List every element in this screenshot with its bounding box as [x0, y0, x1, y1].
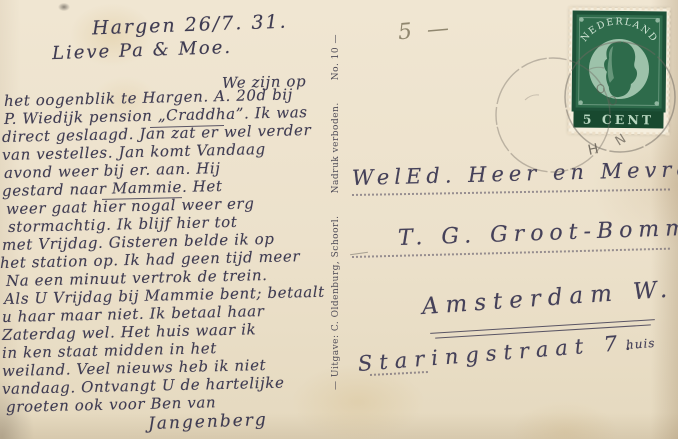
stamp-value: 5 CENT: [583, 112, 654, 128]
signature: Jangenberg: [148, 410, 268, 434]
copyright-notice: Nadruk verboden.: [331, 102, 341, 193]
divider-text: — Uitgave: C. Oldenburg, Schoorl. Nadruk…: [330, 34, 342, 390]
pencil-price-note: 5 —: [397, 16, 454, 46]
postcard: Hargen 26/7. 31. Lieve Pa & Moe. We zijn…: [0, 0, 678, 439]
card-number: No. 10 —: [331, 34, 341, 80]
house-note: huis: [626, 336, 656, 352]
publisher-credit: — Uitgave: C. Oldenburg, Schoorl.: [331, 215, 341, 390]
postage-stamp: NEDERLAND 5 CENT: [568, 7, 669, 134]
